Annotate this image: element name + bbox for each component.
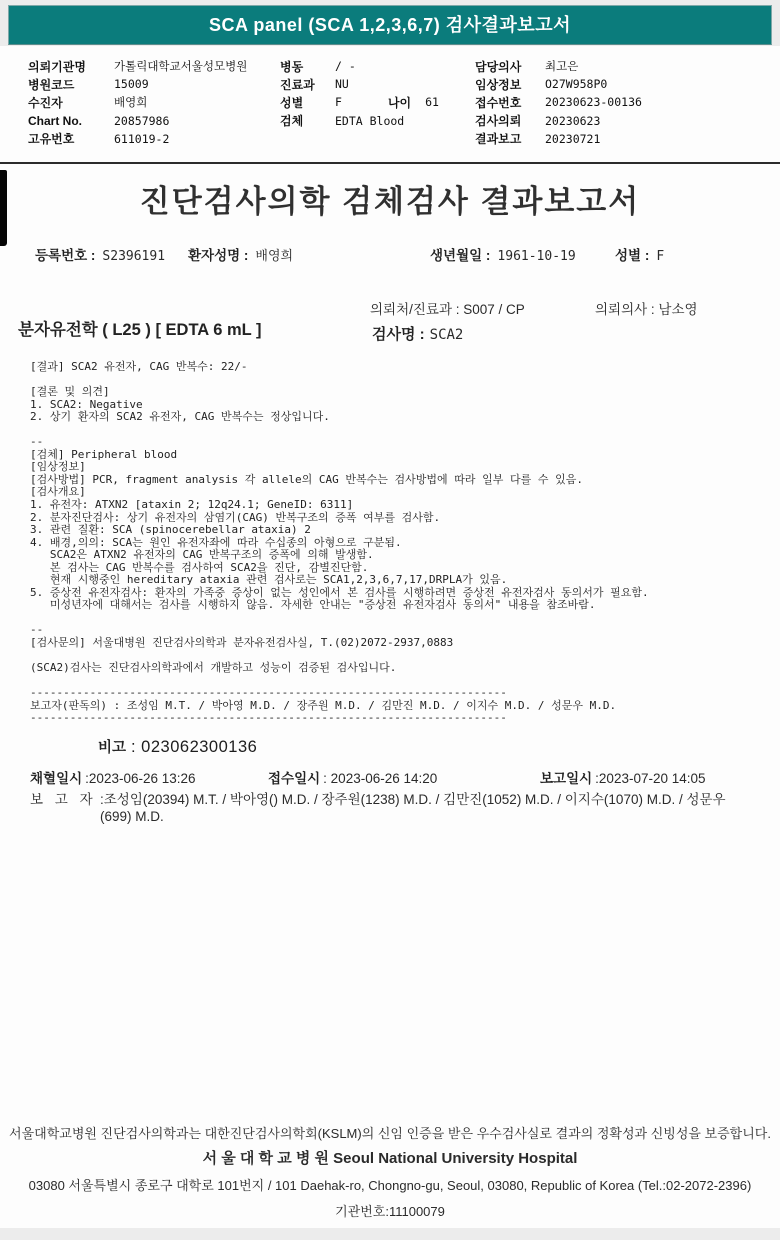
info-label: 성별 [280, 94, 335, 111]
remark-label: 비고 [98, 736, 126, 757]
info-label: 고유번호 [28, 130, 114, 147]
header-col-right: 담당의사 최고은 임상정보 O27W958P0 접수번호 20230623-00… [475, 57, 642, 148]
footer-institution-number: 기관번호:11100079 [0, 1201, 780, 1220]
info-row-institution: 의뢰기관명 가톨릭대학교서울성모병원 [28, 57, 247, 75]
report-banner-title: SCA panel (SCA 1,2,3,6,7) 검사결과보고서 [8, 5, 772, 45]
reporters-row: 보 고 자 :조성임(20394) M.T. / 박아영() M.D. / 장주… [30, 791, 730, 825]
info-row-patient: 수진자 배영희 [28, 93, 247, 111]
info-row-hospital-code: 병원코드 15009 [28, 75, 247, 93]
info-value: 15009 [114, 77, 149, 91]
info-row-specimen: 검체 EDTA Blood [280, 112, 439, 130]
report-datetime: 보고일시:2023-07-20 14:05 [540, 767, 706, 787]
info-label: 의뢰기관명 [28, 58, 114, 75]
info-value: 가톨릭대학교서울성모병원 [114, 58, 247, 74]
header-col-left: 의뢰기관명 가톨릭대학교서울성모병원 병원코드 15009 수진자 배영희 Ch… [28, 57, 247, 148]
info-row-ward: 병동 / - [280, 57, 439, 75]
info-label: 임상정보 [475, 76, 545, 93]
receipt-datetime: 접수일시: 2023-06-26 14:20 [268, 767, 437, 787]
info-label: 담당의사 [475, 58, 545, 75]
report-body-text: [결과] SCA2 유전자, CAG 반복수: 22/- [결론 및 의견] 1… [30, 361, 649, 725]
paper-background: 의뢰기관명 가톨릭대학교서울성모병원 병원코드 15009 수진자 배영희 Ch… [0, 46, 780, 1228]
info-row-doctor: 담당의사 최고은 [475, 57, 642, 75]
dates-row: 채혈일시:2023-06-26 13:26 접수일시: 2023-06-26 1… [0, 767, 780, 785]
info-value: O27W958P0 [545, 77, 607, 91]
footer-address: 03080 서울특별시 종로구 대학로 101번지 / 101 Daehak-r… [0, 1175, 780, 1194]
info-value: F [335, 95, 342, 109]
info-value: / - [335, 59, 356, 73]
info-row-chart-no: Chart No. 20857986 [28, 112, 247, 130]
patient-name: 환자성명 :배영희 [188, 244, 293, 264]
info-label: Chart No. [28, 114, 114, 128]
info-value: 최고은 [545, 58, 578, 74]
remark-row: 비고 : 023062300136 [98, 736, 257, 757]
patient-sex: 성별 :F [615, 244, 664, 264]
header-col-middle: 병동 / - 진료과 NU 성별 F 나이 61 검체 EDTA Blood [280, 57, 439, 130]
referral-doctor: 의뢰의사 : 남소영 [595, 298, 698, 318]
test-name-row: 검사명 :SCA2 [372, 323, 463, 344]
info-value: 611019-2 [114, 132, 169, 146]
info-row-unique-no: 고유번호 611019-2 [28, 130, 247, 148]
info-row-receipt-no: 접수번호 20230623-00136 [475, 93, 642, 111]
info-value-age: 61 [425, 95, 439, 109]
info-label: 접수번호 [475, 94, 545, 111]
footer-hospital-name: 서 울 대 학 교 병 원 Seoul National University … [0, 1147, 780, 1168]
info-label-age: 나이 [388, 94, 411, 111]
info-value: 20857986 [114, 114, 169, 128]
info-row-department: 진료과 NU [280, 75, 439, 93]
referral-department: 의뢰처/진료과 : S007 / CP [370, 298, 525, 318]
remark-value: : 023062300136 [131, 738, 257, 757]
info-value: 20230623 [545, 114, 600, 128]
info-label: 결과보고 [475, 130, 545, 147]
info-label: 진료과 [280, 76, 335, 93]
info-value: EDTA Blood [335, 114, 404, 128]
reporters-label: 보 고 자 [30, 791, 100, 825]
document-title: 진단검사의학 검체검사 결과보고서 [0, 176, 780, 221]
info-value: 배영희 [114, 94, 147, 110]
hospital-footer: 서울대학교병원 진단검사의학과는 대한진단검사의학회(KSLM)의 신임 인증을… [0, 1123, 780, 1220]
info-row-clinical-info: 임상정보 O27W958P0 [475, 75, 642, 93]
reporters-value: :조성임(20394) M.T. / 박아영() M.D. / 장주원(1238… [100, 791, 730, 825]
info-label: 검사의뢰 [475, 112, 545, 129]
birth-date: 생년월일 :1961-10-19 [430, 244, 576, 264]
info-label: 병동 [280, 58, 335, 75]
info-label: 병원코드 [28, 76, 114, 93]
blood-draw-datetime: 채혈일시:2023-06-26 13:26 [30, 767, 196, 787]
info-row-test-request: 검사의뢰 20230623 [475, 112, 642, 130]
test-name-value: SCA2 [430, 327, 464, 343]
info-row-result-report: 결과보고 20230721 [475, 130, 642, 148]
header-divider-line [0, 162, 780, 164]
section-title-molecular-genetics: 분자유전학 ( L25 ) [ EDTA 6 mL ] [18, 316, 262, 340]
info-value: 20230623-00136 [545, 95, 642, 109]
test-name-label: 검사명 : [372, 326, 425, 343]
registration-number: 등록번호 :S2396191 [35, 244, 165, 264]
info-value: 20230721 [545, 132, 600, 146]
footer-accreditation-text: 서울대학교병원 진단검사의학과는 대한진단검사의학회(KSLM)의 신임 인증을… [0, 1123, 780, 1142]
info-label: 검체 [280, 112, 335, 129]
report-page: SCA panel (SCA 1,2,3,6,7) 검사결과보고서 의뢰기관명 … [0, 0, 780, 1240]
patient-identity-row: 등록번호 :S2396191 환자성명 :배영희 생년월일 :1961-10-1… [0, 244, 780, 264]
info-row-sex-age: 성별 F 나이 61 [280, 93, 439, 111]
info-value: NU [335, 77, 349, 91]
info-label: 수진자 [28, 94, 114, 111]
